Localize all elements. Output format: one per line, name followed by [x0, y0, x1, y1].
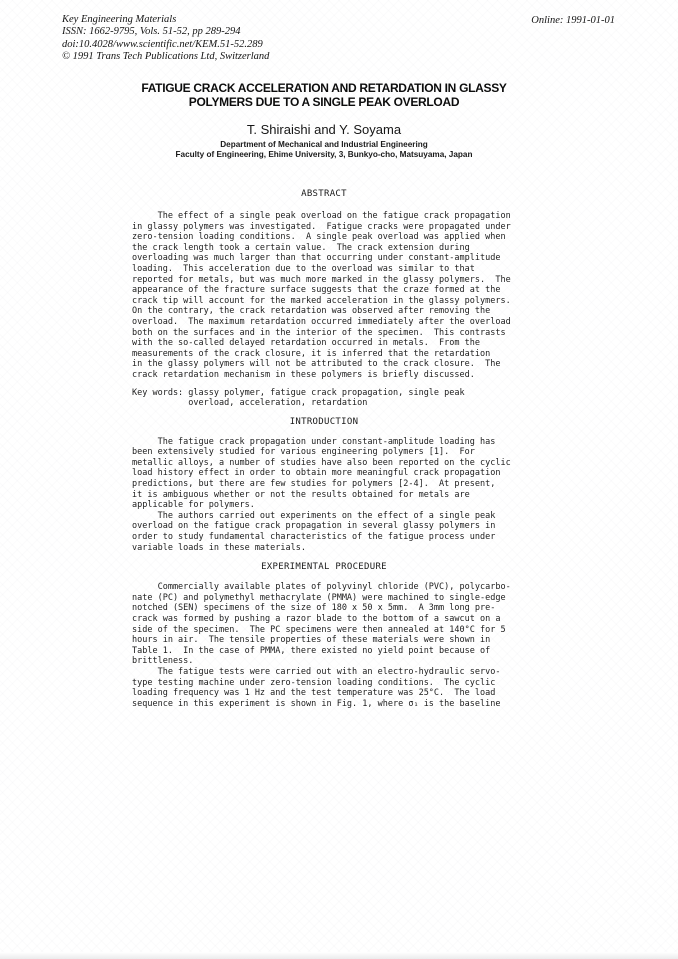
- journal-title: Key Engineering Materials: [62, 14, 269, 26]
- introduction-heading: INTRODUCTION: [63, 417, 585, 428]
- experimental-procedure-heading: EXPERIMENTAL PROCEDURE: [63, 562, 585, 573]
- journal-masthead: Key Engineering Materials ISSN: 1662-979…: [62, 14, 269, 63]
- issn-volume-pages: ISSN: 1662-9795, Vols. 51-52, pp 289-294: [62, 26, 269, 38]
- authors: T. Shiraishi and Y. Soyama: [63, 122, 585, 137]
- affiliation-faculty: Faculty of Engineering, Ehime University…: [63, 150, 585, 160]
- title-block: FATIGUE CRACK ACCELERATION AND RETARDATI…: [63, 81, 585, 159]
- introduction-text: The fatigue crack propagation under cons…: [132, 437, 585, 554]
- abstract-text: The effect of a single peak overload on …: [132, 211, 585, 381]
- paper-title-line-1: FATIGUE CRACK ACCELERATION AND RETARDATI…: [63, 81, 585, 95]
- affiliation-department: Department of Mechanical and Industrial …: [63, 140, 585, 150]
- paper-page: Key Engineering Materials ISSN: 1662-979…: [0, 0, 678, 959]
- abstract-heading: ABSTRACT: [63, 189, 585, 200]
- doi-line: doi:10.4028/www.scientific.net/KEM.51-52…: [62, 39, 269, 51]
- paper-title: FATIGUE CRACK ACCELERATION AND RETARDATI…: [63, 81, 585, 109]
- paper-title-line-2: POLYMERS DUE TO A SINGLE PEAK OVERLOAD: [63, 95, 585, 109]
- paper-body: ABSTRACT The effect of a single peak ove…: [63, 189, 585, 709]
- copyright-line: © 1991 Trans Tech Publications Ltd, Swit…: [62, 51, 269, 63]
- online-date: Online: 1991-01-01: [531, 15, 615, 27]
- experimental-procedure-text: Commercially available plates of polyvin…: [132, 582, 585, 709]
- keywords-text: Key words: glassy polymer, fatigue crack…: [132, 388, 585, 409]
